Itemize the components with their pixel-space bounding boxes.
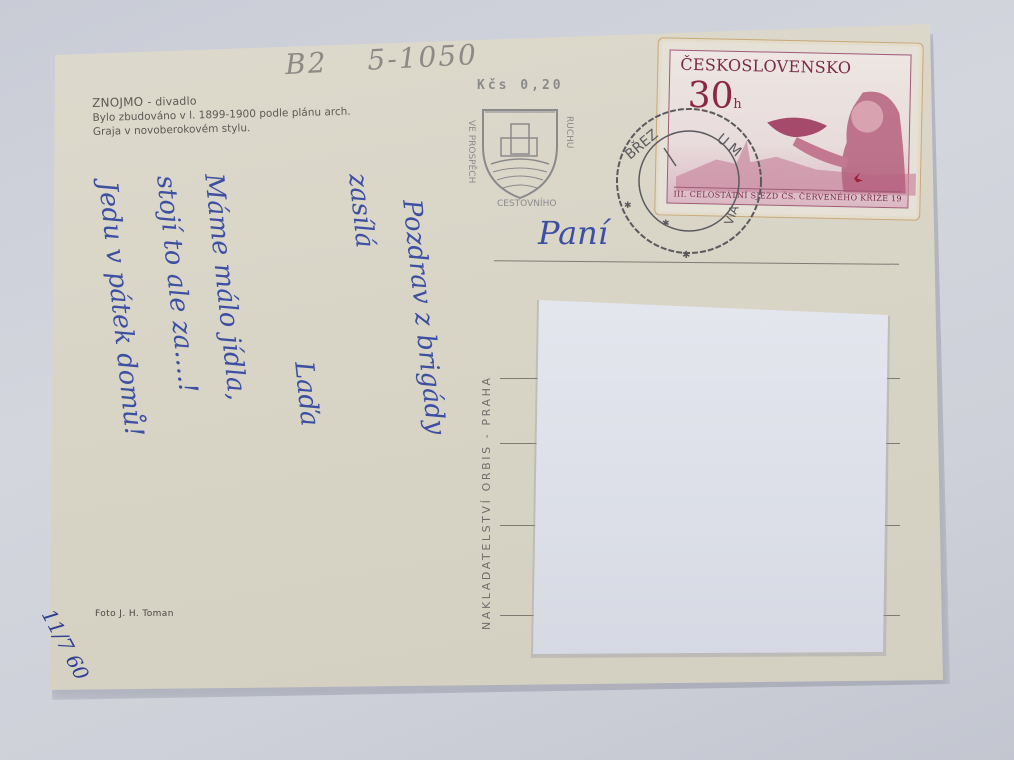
pencil-note-left: B2: [284, 46, 328, 81]
caption-city: ZNOJMO: [92, 95, 144, 110]
pencil-note-right: 5-1050: [367, 38, 479, 77]
pasted-paper: [533, 300, 889, 656]
svg-text:RUCHU: RUCHU: [564, 116, 574, 148]
svg-text:✱: ✱: [624, 200, 632, 210]
svg-text:✱: ✱: [662, 218, 670, 228]
svg-text:VIA: VIA: [722, 203, 742, 227]
publisher-imprint: NAKLADATELSTVÍ ORBIS - PRAHA: [480, 375, 493, 630]
handwritten-address: Paní: [538, 214, 608, 252]
svg-text:U M: U M: [713, 131, 744, 160]
caption-subtitle: - divadlo: [147, 94, 197, 108]
printed-caption: ZNOJMO - divadlo Bylo zbudováno v l. 189…: [92, 90, 351, 139]
scene: ZNOJMO - divadlo Bylo zbudováno v l. 189…: [0, 0, 1014, 760]
castle-shield-icon: VE PROSPĚCH CESTOVNÍHO RUCHU: [455, 76, 585, 206]
photo-credit: Foto J. H. Toman: [95, 609, 174, 619]
svg-text:✱: ✱: [682, 250, 690, 261]
svg-text:VE PROSPĚCH: VE PROSPĚCH: [466, 120, 478, 183]
imprint-stamp: Kčs 0,20 VE PROSPĚCH CESTOVNÍHO RUCHU: [455, 76, 585, 206]
svg-text:CESTOVNÍHO: CESTOVNÍHO: [497, 197, 557, 206]
postmark-cancellation: BŘEZ U M VIA ✱ ✱ ✱: [604, 96, 774, 266]
